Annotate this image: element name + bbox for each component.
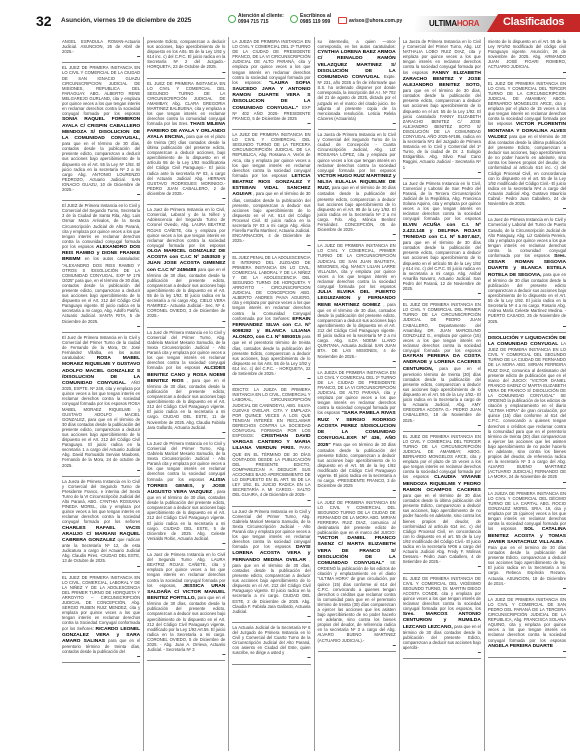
notice-code-tag: ▬ bbox=[488, 70, 566, 75]
column-5: La Jueza de Primera Instancia en lo Civi… bbox=[400, 37, 485, 751]
notice-text: , para que en el término de 30 días, con… bbox=[232, 557, 310, 614]
publication-date: Asunción, viernes 19 de diciembre de 202… bbox=[61, 17, 191, 24]
notice-text: La Actuaria Judicial de la Secretaría Nº… bbox=[232, 625, 310, 655]
notice-parties: ROSA MABEL MORAEZ RIQUELME Y GUSTAVO ADO… bbox=[62, 356, 140, 386]
legal-notice: miento de lo dispuesto en el Art. 55 de … bbox=[488, 37, 566, 79]
notice-text: La Jueza de Primera Instancia en lo Civi… bbox=[62, 479, 140, 525]
notice-parties: "LAURA SOFIA SAUCEDO JARA Y ANTONIO RAMO… bbox=[232, 81, 310, 111]
notice-text: EL JUEZ DE PRIMERA INSTANCIA EN LO CIVIL… bbox=[403, 434, 481, 480]
page-header: 32 Asunción, viernes 19 de diciembre de … bbox=[0, 0, 580, 36]
section-label-banner: Clasificados bbox=[487, 14, 580, 32]
notice-code-tag: ▬ bbox=[403, 650, 481, 655]
notice-code-tag: ▬ bbox=[318, 359, 396, 364]
notice-text: La Juez de Primera Instancia en lo Civil… bbox=[147, 330, 225, 371]
notice-code-tag: ▬ bbox=[318, 488, 396, 493]
notice-text: para que en el término de 30 días contad… bbox=[488, 134, 566, 206]
legal-notice: La Juez de Primera Instancia en lo Civil… bbox=[147, 550, 225, 661]
legal-notice: La Juez de Primera Instancia en lo Civil… bbox=[403, 179, 481, 300]
notice-code-tag: ▬ bbox=[232, 498, 310, 503]
notice-text: EL JUEZ DE PRIMERA INSTANCIA EN LO CIVIL… bbox=[147, 81, 225, 127]
notice-code-tag: ▬ bbox=[147, 541, 225, 546]
legal-notice: El JUEZ de Primera Instancia en lo Civil… bbox=[62, 201, 140, 333]
legal-notice: EL JUEZ DE PRIMERA INSTANCIA EN LO CIVIL… bbox=[488, 79, 566, 216]
notice-text: La Juez de Primera Instancia en lo Civil… bbox=[147, 207, 225, 248]
legal-notice: EL JUEZ DE PRIMERA INSTANCIA EN LO CIVIL… bbox=[403, 432, 481, 574]
legal-notice: La Jueza de Primera Instancia en lo Civi… bbox=[403, 37, 481, 179]
notice-code-tag: ▬ bbox=[147, 652, 225, 657]
legal-notice: La Juez de Primera Instancia en lo Civil… bbox=[147, 205, 225, 328]
legal-notice: presente Edicto, comparezcan a deducir s… bbox=[147, 37, 225, 79]
notice-text: presente Edicto, comparezcan a deducir s… bbox=[147, 39, 225, 69]
legal-notice: La Jueza de Primera Instancia en lo Civi… bbox=[62, 477, 140, 573]
contact-write-us: Escribinos al 0985 119 999 bbox=[290, 13, 331, 25]
legal-notice: LA JUEZ DE PRIMERA INSTANCIA EN LO CIVIL… bbox=[488, 595, 566, 658]
column-4: su intermedio, a quien —once corresponda… bbox=[315, 37, 400, 751]
notice-text: EL JUEZ PENAL DE LA ADOLESCENCIA E INTER… bbox=[232, 255, 310, 321]
notice-text: para que en el término de 30 días, conta… bbox=[62, 141, 140, 192]
notice-text: PARA QUE EN EL TÉRMINO DE 30 DÍAS CONTAD… bbox=[232, 445, 310, 497]
notice-code-tag: ▬ bbox=[62, 564, 140, 569]
notice-text: EL JUEZ DE PRIMERA INSTANCIA EN LO CIVIL… bbox=[62, 65, 140, 116]
contact-customer-service: Atención al cliente: 0994 715 715 bbox=[228, 13, 284, 25]
notice-code-tag: ▬ bbox=[232, 243, 310, 248]
contact-phone[interactable]: 0994 715 715 bbox=[238, 19, 284, 25]
legal-notice: La Actuaria Judicial de la Secretaría Nº… bbox=[232, 623, 310, 665]
legal-notice: LA JUEZ DE PRIMERA INSTANCIA EN LO CIVIL… bbox=[318, 498, 396, 652]
notice-text: SE ORDENÓ la publicación de los edictos … bbox=[318, 560, 396, 643]
notice-text: , para que en el término de 30 días, con… bbox=[147, 489, 225, 541]
page-number: 32 bbox=[36, 13, 52, 29]
notice-code-tag: ▬ bbox=[147, 196, 225, 201]
notice-text: LA JUEZA DE PRIMERA INSTANCIA EN LO CIVI… bbox=[232, 39, 310, 85]
notice-code-tag: ▬ bbox=[318, 232, 396, 237]
notice-text: para que en el término de 30 días, conta… bbox=[147, 267, 225, 319]
notice-text: , para que en el término de 30 días, con… bbox=[232, 191, 310, 243]
notice-text: en los autos caratulados: "ALEXANDRO DOS… bbox=[62, 256, 140, 323]
notice-code-tag: ▬ bbox=[62, 654, 140, 659]
notice-text: EL JUEZ DE PRIMERA INSTANCIA DE CIVIL Y … bbox=[403, 576, 481, 612]
notice-code-tag: ▬ bbox=[488, 586, 566, 591]
notice-code-tag: ▬ bbox=[147, 430, 225, 435]
notice-text: La Juez de Primera Instancia en lo Civil… bbox=[232, 509, 310, 550]
notice-text: para que en el término de 30 días contad… bbox=[488, 272, 566, 324]
notice-text: para que en el término de 30 días contad… bbox=[318, 185, 396, 232]
notice-parties: DISOLUCIÓN Y LIQUIDACIÓN DE LA COMUNIDAD… bbox=[488, 336, 566, 347]
notice-text: AÑO 2025, EXPTE. Nº 248, cita y emplaza … bbox=[62, 380, 140, 468]
ultimahora-logo: ULTIMAHORA bbox=[429, 19, 479, 28]
legal-notice: La Juez de Primera Instancia en lo Civil… bbox=[147, 328, 225, 439]
legal-notice: su intermedio, a quien —once corresponda… bbox=[318, 37, 396, 130]
mail-icon bbox=[338, 17, 347, 24]
notice-code-tag: ▬ bbox=[488, 649, 566, 654]
notice-text: EL JUEZ DE PRIMERA INSTANCIA EN LO CIVIL… bbox=[62, 575, 140, 631]
notice-code-tag: ▬ bbox=[403, 564, 481, 569]
legal-notice: EL JUEZ DE PRIMERA INSTANCIA EN LO CIVIL… bbox=[62, 63, 140, 201]
legal-notice: La Juez de Primera Instancia en lo Civil… bbox=[488, 215, 566, 332]
legal-notice: EL JUEZ DE PRIMERA INSTANCIA EN LO CIVIL… bbox=[62, 573, 140, 664]
notice-text: La Jueza de Primera Instancia en lo Civi… bbox=[403, 39, 481, 75]
notice-code-tag: ▬ bbox=[403, 170, 481, 175]
column-3: LA JUEZA DE PRIMERA INSTANCIA EN LO CIVI… bbox=[229, 37, 314, 751]
notice-text: La Jueza de Primera Instancia en lo Civi… bbox=[318, 132, 396, 173]
notice-parties: "VICTOR DANIEL FRANCO SAENZ C/ MARTA ELI… bbox=[318, 536, 396, 566]
notice-code-tag: ▬ bbox=[232, 614, 310, 619]
legal-notice: EL JUEZ DE PRIMERA INSTANCIA EN LO CIVIL… bbox=[147, 79, 225, 205]
contact-phone[interactable]: 0985 119 999 bbox=[300, 19, 331, 25]
notice-parties: ANGELA PEREIRA DUARTE bbox=[488, 644, 553, 649]
column-2: presente Edicto, comparezcan a deducir s… bbox=[144, 37, 229, 751]
notice-code-tag: ▬ bbox=[318, 121, 396, 126]
column-6: miento de lo dispuesto en el Art. 55 de … bbox=[485, 37, 569, 751]
notice-text: LA JUEZA DE PRIMERA INSTANCIA EN LO CIVI… bbox=[488, 491, 566, 532]
notice-code-tag: ▬ bbox=[232, 376, 310, 381]
notice-text: para que en el término de 30 días contad… bbox=[403, 240, 481, 291]
notice-text: ANGEL ESPADULA ROMAN-Actuario Judicial. … bbox=[62, 39, 140, 54]
notice-parties: SONIA RAQUEL FORMERON AYALA C/ CRISPIN C… bbox=[62, 117, 140, 141]
notice-text: para que en el perentorio término de tre… bbox=[232, 334, 310, 376]
notice-text: , para que en el término de 30 días, con… bbox=[318, 302, 396, 359]
contact-email: avisos@uhora.com.py bbox=[338, 17, 402, 24]
notice-code-tag: ▬ bbox=[488, 324, 566, 329]
legal-notice: La Juez de Primera Instancia en lo Civil… bbox=[147, 439, 225, 550]
notice-code-tag: ▬ bbox=[147, 319, 225, 324]
notice-text: La Juez de Primera Instancia en lo Civil… bbox=[147, 441, 225, 482]
notice-text: , para que en el término de 30 días, con… bbox=[147, 378, 225, 430]
legal-notice: LA JUEZ DE PRIMERA INSTANCIA EN LO CIVIL… bbox=[318, 241, 396, 367]
notice-text: Para que en término de 30 días contados … bbox=[318, 442, 396, 489]
notice-text: . Para que en el termino de 30 días cont… bbox=[488, 539, 566, 586]
notice-text: LA JUEZ DE PRIMERA INSTANCIA EN LO CIVIL… bbox=[232, 132, 310, 178]
notice-parties: ELVIN ACUÑA con C.I. Nº 2.422.148 y DELF… bbox=[403, 223, 481, 240]
notice-code-tag: ▬ bbox=[488, 480, 566, 485]
legal-notice: EL JUEZ DE PRIMERA INSTANCIA EN LO CIVIL… bbox=[403, 300, 481, 432]
legal-notice: ANGEL ESPADULA ROMAN-Actuario Judicial. … bbox=[62, 37, 140, 63]
notice-text: La Juez de Primera Instancia en lo Civil… bbox=[488, 217, 566, 258]
notice-code-tag: ▬ bbox=[147, 70, 225, 75]
notice-code-tag: ▬ bbox=[62, 54, 140, 59]
whatsapp-icon bbox=[290, 15, 298, 23]
notice-code-tag: ▬ bbox=[403, 291, 481, 296]
whatsapp-icon bbox=[228, 15, 236, 23]
notice-text: EL JUEZ DE PRIMERA INSTANCIA EN LO CIVIL… bbox=[488, 81, 566, 127]
notice-text: El JUEZ de Primera Instancia en lo Civil… bbox=[62, 203, 140, 249]
notice-text: La Juez de Primera Instancia en lo Civil… bbox=[403, 181, 481, 222]
contact-email-address[interactable]: avisos@uhora.com.py bbox=[349, 18, 402, 24]
column-1: ANGEL ESPADULA ROMAN-Actuario Judicial. … bbox=[59, 37, 144, 751]
legal-notice: EL JUEZ PENAL DE LA ADOLESCENCIA E INTER… bbox=[232, 253, 310, 386]
notice-code-tag: ▬ bbox=[232, 121, 310, 126]
legal-notice: El Juez de Primera Instancia en lo Civil… bbox=[62, 333, 140, 477]
legal-notice: LA JUEZA DE PRIMERA INSTANCIA EN LO CIVI… bbox=[488, 489, 566, 595]
brand-banner: ULTIMAHORA Clasificados bbox=[415, 14, 580, 32]
notice-code-tag: ▬ bbox=[488, 206, 566, 211]
notice-code-tag: ▬ bbox=[62, 324, 140, 329]
notice-text: Expte. Nº 231, año 2025 a fin de informa… bbox=[318, 74, 396, 121]
section-title: Clasificados bbox=[503, 16, 564, 28]
notice-text: La Juez de Primera Instancia en lo Civil… bbox=[147, 552, 225, 588]
notice-text: para que en el plazo de treinta (30) día… bbox=[147, 134, 225, 196]
notice-text: LA JUEZ DE PRIMERA INSTANCIA EN LO CIVIL… bbox=[488, 341, 566, 480]
notice-text: LA JUEZ DE PRIMERA INSTANCIA EN LO CIVIL… bbox=[318, 243, 396, 289]
legal-notice: LA JUEZA DE PRIMERA INSTANCIA EN LO CIVI… bbox=[232, 37, 310, 130]
notice-text: LA JUEZ DE PRIMERA INSTANCIA EN LO CIVIL… bbox=[488, 597, 566, 643]
notice-text: para que en el término de 30 días, conta… bbox=[403, 88, 481, 169]
notice-text: para que en el término de 30 días, conta… bbox=[147, 595, 225, 652]
notice-text: EDICTO: LA JUEZA DE PRIMERA INSTANCIA EN… bbox=[232, 387, 310, 438]
notice-code-tag: ▬ bbox=[62, 192, 140, 197]
notice-text: LA JUEZ DE PRIMERA INSTANCIA EN LO CIVIL… bbox=[318, 500, 396, 536]
legal-notice: LA JUEZ DE PRIMERA INSTANCIA EN LO CIVIL… bbox=[232, 130, 310, 253]
legal-notice: LA JUEZA DE PRIMERA INSTANCIA EN LO CIVI… bbox=[318, 368, 396, 498]
notice-text: para que en el término de 30 días contad… bbox=[403, 493, 481, 564]
notice-text: miento de lo dispuesto en el Art. 55 de … bbox=[488, 39, 566, 69]
notice-code-tag: ▬ bbox=[403, 423, 481, 428]
notice-code-tag: ▬ bbox=[62, 468, 140, 473]
notice-text: EL JUEZ DE PRIMERA INSTANCIA EN LO CIVIL… bbox=[403, 302, 481, 353]
notice-text: LA JUEZA DE PRIMERA INSTANCIA EN LO CIVI… bbox=[318, 370, 396, 416]
legal-notice: EL JUEZ DE PRIMERA INSTANCIA DE CIVIL Y … bbox=[403, 574, 481, 660]
classifieds-columns: ANGEL ESPADULA ROMAN-Actuario Judicial. … bbox=[59, 37, 569, 751]
notice-code-tag: ▬ bbox=[318, 643, 396, 648]
notice-text: para que en el perentorio término de tre… bbox=[403, 366, 481, 423]
notice-code-tag: ▬ bbox=[232, 655, 310, 660]
notice-text: su intermedio, a quien —once corresponda… bbox=[318, 39, 396, 49]
legal-notice: La Juez de Primera Instancia en lo Civil… bbox=[232, 507, 310, 623]
legal-notice: EDICTO: LA JUEZA DE PRIMERA INSTANCIA EN… bbox=[232, 385, 310, 506]
legal-notice: La Jueza de Primera Instancia en lo Civi… bbox=[318, 130, 396, 241]
legal-notice: DISOLUCIÓN Y LIQUIDACIÓN DE LA COMUNIDAD… bbox=[488, 333, 566, 489]
